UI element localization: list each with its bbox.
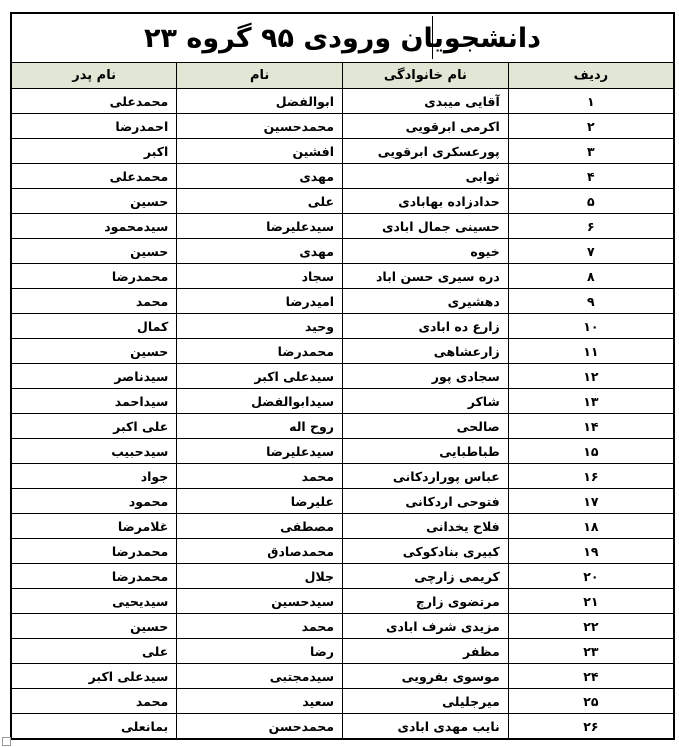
header-father-name: نام پدر (11, 63, 177, 89)
last-name-cell: حدادزاده بهابادی (343, 189, 509, 214)
last-name-cell: دره سیری حسن اباد (343, 264, 509, 289)
father-name-cell: محمدرضا (11, 539, 177, 564)
table-row: ۲۳ مظفر رضا علی (11, 639, 674, 664)
last-name-cell: دهشیری (343, 289, 509, 314)
father-name-cell: سیداحمد (11, 389, 177, 414)
table-row: ۴ ثوابی مهدی محمدعلی (11, 164, 674, 189)
table-row: ۹ دهشیری امیدرضا محمد (11, 289, 674, 314)
first-name-cell: مهدی (177, 239, 343, 264)
row-number-cell: ۱۷ (508, 489, 674, 514)
first-name-cell: محمدحسین (177, 114, 343, 139)
last-name-cell: طباطبایی (343, 439, 509, 464)
table-row: ۱۶ عباس پوراردکانی محمد جواد (11, 464, 674, 489)
table-row: ۱۹ کبیری بنادکوکی محمدصادق محمدرضا (11, 539, 674, 564)
row-number-cell: ۱۹ (508, 539, 674, 564)
last-name-cell: ثوابی (343, 164, 509, 189)
row-number-cell: ۱۴ (508, 414, 674, 439)
title-row: دانشجویان ورودی ۹۵ گروه ۲۳ (11, 13, 674, 63)
row-number-cell: ۴ (508, 164, 674, 189)
last-name-cell: آقایی میبدی (343, 89, 509, 114)
father-name-cell: حسین (11, 189, 177, 214)
first-name-cell: سیدعلیرضا (177, 439, 343, 464)
father-name-cell: سیدمحمود (11, 214, 177, 239)
table-row: ۱۰ زارع ده ابادی وحید کمال (11, 314, 674, 339)
last-name-cell: پورعسکری ابرقویی (343, 139, 509, 164)
table-row: ۲ اکرمی ابرقویی محمدحسین احمدرضا (11, 114, 674, 139)
father-name-cell: اکبر (11, 139, 177, 164)
father-name-cell: محمدعلی (11, 164, 177, 189)
last-name-cell: شاکر (343, 389, 509, 414)
row-number-cell: ۱۸ (508, 514, 674, 539)
table-row: ۱۱ زارعشاهی محمدرضا حسین (11, 339, 674, 364)
page-title: دانشجویان ورودی ۹۵ گروه ۲۳ (144, 23, 541, 54)
father-name-cell: علی (11, 639, 177, 664)
father-name-cell: علی اکبر (11, 414, 177, 439)
table-row: ۲۰ کریمی زارچی جلال محمدرضا (11, 564, 674, 589)
first-name-cell: محمدرضا (177, 339, 343, 364)
header-last-name: نام خانوادگی (343, 63, 509, 89)
father-name-cell: محمدرضا (11, 564, 177, 589)
row-number-cell: ۱۳ (508, 389, 674, 414)
table-row: ۲۱ مرتضوی زارچ سیدحسین سیدیحیی (11, 589, 674, 614)
table-body: ۱ آقایی میبدی ابوالفضل محمدعلی ۲ اکرمی ا… (11, 89, 674, 740)
father-name-cell: سیدحبیب (11, 439, 177, 464)
first-name-cell: امیدرضا (177, 289, 343, 314)
row-number-cell: ۱۱ (508, 339, 674, 364)
last-name-cell: فلاح یخدانی (343, 514, 509, 539)
table-row: ۱۲ سجادی پور سیدعلی اکبر سیدناصر (11, 364, 674, 389)
father-name-cell: محمدعلی (11, 89, 177, 114)
row-number-cell: ۲ (508, 114, 674, 139)
father-name-cell: حسین (11, 339, 177, 364)
last-name-cell: فتوحی اردکانی (343, 489, 509, 514)
last-name-cell: حسینی جمال ابادی (343, 214, 509, 239)
first-name-cell: سیدحسین (177, 589, 343, 614)
row-number-cell: ۵ (508, 189, 674, 214)
first-name-cell: علیرضا (177, 489, 343, 514)
father-name-cell: بمانعلی (11, 714, 177, 740)
header-first-name: نام (177, 63, 343, 89)
row-number-cell: ۲۱ (508, 589, 674, 614)
father-name-cell: احمدرضا (11, 114, 177, 139)
table-row: ۲۲ مزیدی شرف ابادی محمد حسین (11, 614, 674, 639)
students-table: دانشجویان ورودی ۹۵ گروه ۲۳ ردیف نام خانو… (10, 12, 675, 740)
first-name-cell: ابوالفضل (177, 89, 343, 114)
table-row: ۸ دره سیری حسن اباد سجاد محمدرضا (11, 264, 674, 289)
row-number-cell: ۱۰ (508, 314, 674, 339)
table-row: ۱ آقایی میبدی ابوالفضل محمدعلی (11, 89, 674, 114)
text-cursor[interactable] (432, 16, 434, 59)
father-name-cell: جواد (11, 464, 177, 489)
row-number-cell: ۲۰ (508, 564, 674, 589)
row-number-cell: ۶ (508, 214, 674, 239)
row-number-cell: ۱ (508, 89, 674, 114)
father-name-cell: سیدناصر (11, 364, 177, 389)
last-name-cell: زارع ده ابادی (343, 314, 509, 339)
table-row: ۲۴ موسوی بفرویی سیدمجتبی سیدعلی اکبر (11, 664, 674, 689)
table-row: ۵ حدادزاده بهابادی علی حسین (11, 189, 674, 214)
row-number-cell: ۱۶ (508, 464, 674, 489)
row-number-cell: ۲۲ (508, 614, 674, 639)
document-page: دانشجویان ورودی ۹۵ گروه ۲۳ ردیف نام خانو… (0, 0, 679, 747)
row-number-cell: ۱۵ (508, 439, 674, 464)
header-row-number: ردیف (508, 63, 674, 89)
last-name-cell: اکرمی ابرقویی (343, 114, 509, 139)
first-name-cell: محمد (177, 614, 343, 639)
last-name-cell: خیوه (343, 239, 509, 264)
last-name-cell: نایب مهدی ابادی (343, 714, 509, 740)
last-name-cell: عباس پوراردکانی (343, 464, 509, 489)
father-name-cell: حسین (11, 614, 177, 639)
table-row: ۷ خیوه مهدی حسین (11, 239, 674, 264)
table-row: ۳ پورعسکری ابرقویی افشین اکبر (11, 139, 674, 164)
table-row: ۱۵ طباطبایی سیدعلیرضا سیدحبیب (11, 439, 674, 464)
father-name-cell: محمود (11, 489, 177, 514)
row-number-cell: ۷ (508, 239, 674, 264)
first-name-cell: سعید (177, 689, 343, 714)
first-name-cell: سیدمجتبی (177, 664, 343, 689)
first-name-cell: محمد (177, 464, 343, 489)
father-name-cell: غلامرضا (11, 514, 177, 539)
last-name-cell: زارعشاهی (343, 339, 509, 364)
row-number-cell: ۸ (508, 264, 674, 289)
table-row: ۲۶ نایب مهدی ابادی محمدحسن بمانعلی (11, 714, 674, 740)
first-name-cell: رضا (177, 639, 343, 664)
last-name-cell: کبیری بنادکوکی (343, 539, 509, 564)
first-name-cell: مهدی (177, 164, 343, 189)
father-name-cell: محمد (11, 689, 177, 714)
last-name-cell: مزیدی شرف ابادی (343, 614, 509, 639)
first-name-cell: علی (177, 189, 343, 214)
last-name-cell: موسوی بفرویی (343, 664, 509, 689)
father-name-cell: سیدعلی اکبر (11, 664, 177, 689)
first-name-cell: وحید (177, 314, 343, 339)
table-row: ۲۵ میرجلیلی سعید محمد (11, 689, 674, 714)
first-name-cell: سجاد (177, 264, 343, 289)
header-row: ردیف نام خانوادگی نام نام پدر (11, 63, 674, 89)
table-row: ۱۳ شاکر سیدابوالفضل سیداحمد (11, 389, 674, 414)
row-number-cell: ۲۴ (508, 664, 674, 689)
father-name-cell: حسین (11, 239, 177, 264)
first-name-cell: محمدحسن (177, 714, 343, 740)
last-name-cell: میرجلیلی (343, 689, 509, 714)
row-number-cell: ۲۵ (508, 689, 674, 714)
father-name-cell: سیدیحیی (11, 589, 177, 614)
first-name-cell: افشین (177, 139, 343, 164)
first-name-cell: سیدابوالفضل (177, 389, 343, 414)
first-name-cell: مصطفی (177, 514, 343, 539)
first-name-cell: سیدعلیرضا (177, 214, 343, 239)
empty-paragraph-mark (2, 737, 11, 746)
row-number-cell: ۲۶ (508, 714, 674, 740)
first-name-cell: روح اله (177, 414, 343, 439)
father-name-cell: محمدرضا (11, 264, 177, 289)
table-title-cell: دانشجویان ورودی ۹۵ گروه ۲۳ (11, 13, 674, 63)
table-row: ۶ حسینی جمال ابادی سیدعلیرضا سیدمحمود (11, 214, 674, 239)
father-name-cell: محمد (11, 289, 177, 314)
row-number-cell: ۹ (508, 289, 674, 314)
father-name-cell: کمال (11, 314, 177, 339)
row-number-cell: ۲۳ (508, 639, 674, 664)
last-name-cell: مرتضوی زارچ (343, 589, 509, 614)
last-name-cell: کریمی زارچی (343, 564, 509, 589)
table-row: ۱۸ فلاح یخدانی مصطفی غلامرضا (11, 514, 674, 539)
table-row: ۱۴ صالحی روح اله علی اکبر (11, 414, 674, 439)
last-name-cell: مظفر (343, 639, 509, 664)
row-number-cell: ۱۲ (508, 364, 674, 389)
first-name-cell: سیدعلی اکبر (177, 364, 343, 389)
first-name-cell: محمدصادق (177, 539, 343, 564)
row-number-cell: ۳ (508, 139, 674, 164)
last-name-cell: سجادی پور (343, 364, 509, 389)
table-row: ۱۷ فتوحی اردکانی علیرضا محمود (11, 489, 674, 514)
first-name-cell: جلال (177, 564, 343, 589)
last-name-cell: صالحی (343, 414, 509, 439)
